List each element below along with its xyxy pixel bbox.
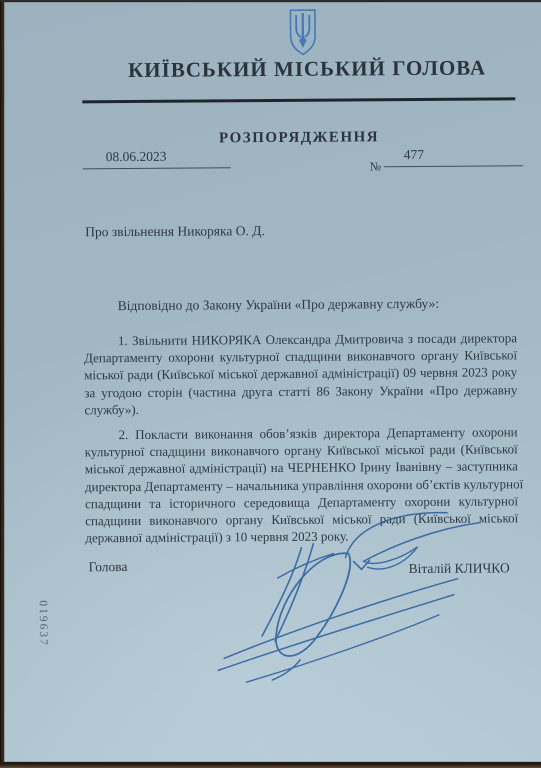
text-line: службу»). — [84, 398, 517, 418]
document-photo: КИЇВСЬКИЙ МІСЬКИЙ ГОЛОВА РОЗПОРЯДЖЕННЯ 0… — [0, 0, 541, 768]
intro-line: Відповідно до Закону України «Про держав… — [84, 295, 517, 314]
date-field: 08.06.2023 — [83, 148, 231, 169]
photo-edge-bottom — [0, 761, 541, 768]
blank-form-number: 019637 — [35, 589, 49, 659]
text-line: спадщини виконавчого органу Київської мі… — [85, 509, 518, 529]
signer-name-label: Віталій КЛИЧКО — [409, 560, 510, 577]
text-line: державної адміністрації) з 10 червня 202… — [85, 526, 518, 546]
document-type-title: РОЗПОРЯДЖЕННЯ — [83, 128, 516, 148]
number-sign: № — [370, 159, 382, 174]
paper-sheet: КИЇВСЬКИЙ МІСЬКИЙ ГОЛОВА РОЗПОРЯДЖЕННЯ 0… — [4, 2, 541, 762]
photo-edge-top — [0, 0, 541, 3]
signer-position-label: Голова — [88, 559, 127, 575]
photo-edge-left — [0, 0, 5, 768]
number-field: 477 — [384, 146, 523, 167]
paragraph-1: 1. Звільнити НИКОРЯКА Олександра Дмитров… — [84, 329, 518, 418]
ukraine-trident-emblem-icon — [287, 8, 319, 58]
text-line: за угодою сторін (частина друга статті 8… — [84, 381, 517, 401]
subject-line: Про звільнення Никоряка О. Д. — [85, 223, 265, 240]
org-title: КИЇВСЬКИЙ МІСЬКИЙ ГОЛОВА — [92, 55, 522, 83]
paragraph-2: 2. Покласти виконання обов’язків директо… — [85, 423, 519, 546]
header-divider — [82, 97, 515, 103]
document-content: КИЇВСЬКИЙ МІСЬКИЙ ГОЛОВА РОЗПОРЯДЖЕННЯ 0… — [2, 0, 541, 764]
